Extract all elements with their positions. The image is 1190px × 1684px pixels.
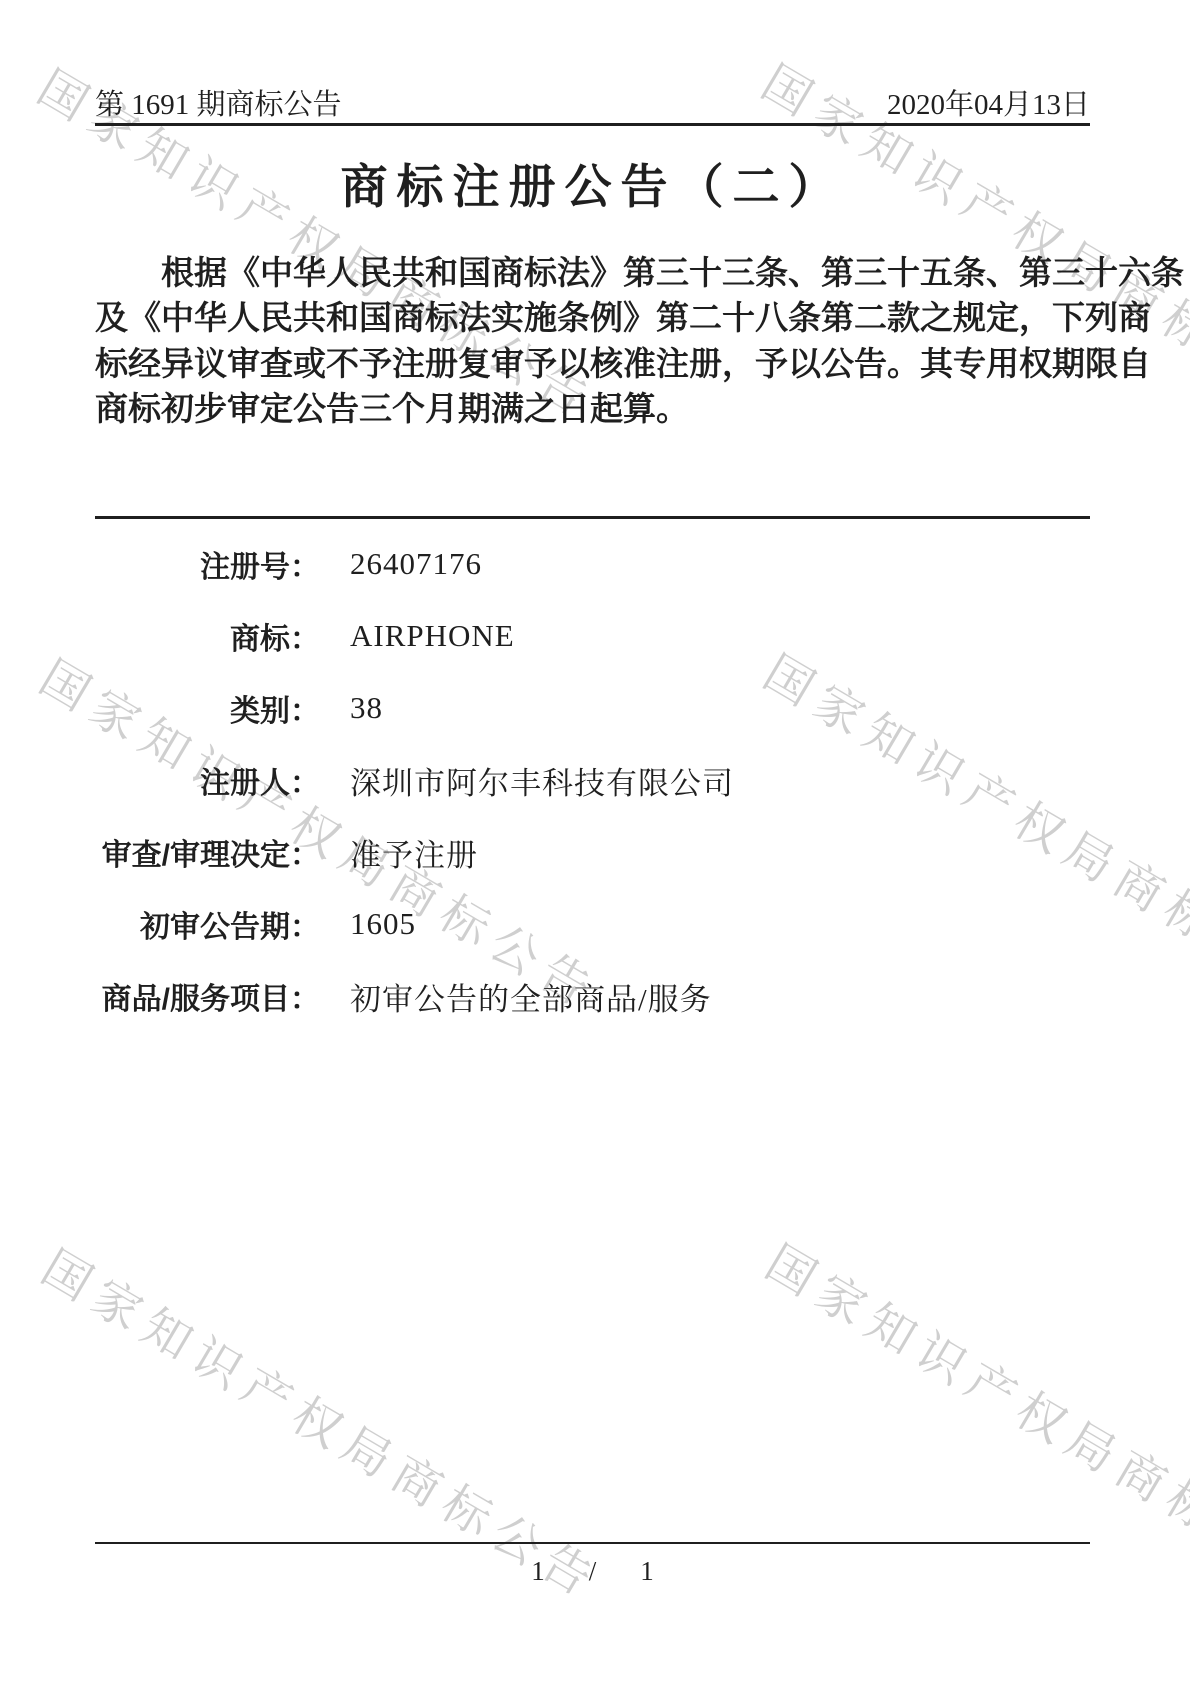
- field-label: 注册号：: [95, 528, 320, 600]
- field-label: 注册人：: [95, 744, 320, 816]
- content-layer: 第 1691 期商标公告 2020年04月13日 商标注册公告（二） 根据《中华…: [0, 0, 1190, 1684]
- page-title: 商标注册公告（二）: [95, 150, 1090, 217]
- field-row-trademark: 商标： AIRPHONE: [0, 600, 1190, 672]
- field-row-registrant: 注册人： 深圳市阿尔丰科技有限公司: [0, 744, 1190, 816]
- field-value: 深圳市阿尔丰科技有限公司: [350, 744, 1130, 816]
- field-value: 38: [350, 672, 1130, 744]
- field-label: 商品/服务项目：: [95, 960, 320, 1032]
- section-rule: [95, 516, 1090, 519]
- field-row-class: 类别： 38: [0, 672, 1190, 744]
- current-page: 1: [531, 1556, 545, 1587]
- field-row-decision: 审查/审理决定： 准予注册: [0, 816, 1190, 888]
- field-value: 26407176: [350, 528, 1130, 600]
- total-pages: 1: [640, 1556, 654, 1587]
- intro-line: 根据《中华人民共和国商标法》第三十三条、第三十五条、第三十六条: [95, 252, 1100, 297]
- field-row-registration-number: 注册号： 26407176: [0, 528, 1190, 600]
- field-label: 审查/审理决定：: [95, 816, 320, 888]
- gazette-date: 2020年04月13日: [887, 82, 1090, 123]
- intro-line: 及《中华人民共和国商标法实施条例》第二十八条第二款之规定，下列商: [95, 297, 1100, 342]
- intro-line: 商标初步审定公告三个月期满之日起算。: [95, 388, 1100, 433]
- field-value: 初审公告的全部商品/服务: [350, 960, 1130, 1032]
- page-number: 1 / 1: [95, 1556, 1090, 1587]
- footer-rule: [95, 1542, 1090, 1544]
- field-row-goods-services: 商品/服务项目： 初审公告的全部商品/服务: [0, 960, 1190, 1032]
- field-value: 1605: [350, 888, 1130, 960]
- field-value: 准予注册: [350, 816, 1130, 888]
- field-label: 类别：: [95, 672, 320, 744]
- field-row-preliminary-gazette-issue: 初审公告期： 1605: [0, 888, 1190, 960]
- gazette-page: 国家知识产权局商标公告 国家知识产权局商标公告 国家知识产权局商标公告 国家知识…: [0, 0, 1190, 1684]
- intro-line: 标经异议审查或不予注册复审予以核准注册，予以公告。其专用权期限自: [95, 343, 1100, 388]
- page-separator: /: [589, 1556, 597, 1587]
- field-value: AIRPHONE: [350, 600, 1130, 672]
- field-label: 商标：: [95, 600, 320, 672]
- header-rule: [95, 123, 1090, 126]
- gazette-issue-label: 第 1691 期商标公告: [95, 82, 342, 123]
- field-label: 初审公告期：: [95, 888, 320, 960]
- intro-paragraph: 根据《中华人民共和国商标法》第三十三条、第三十五条、第三十六条 及《中华人民共和…: [95, 252, 1100, 434]
